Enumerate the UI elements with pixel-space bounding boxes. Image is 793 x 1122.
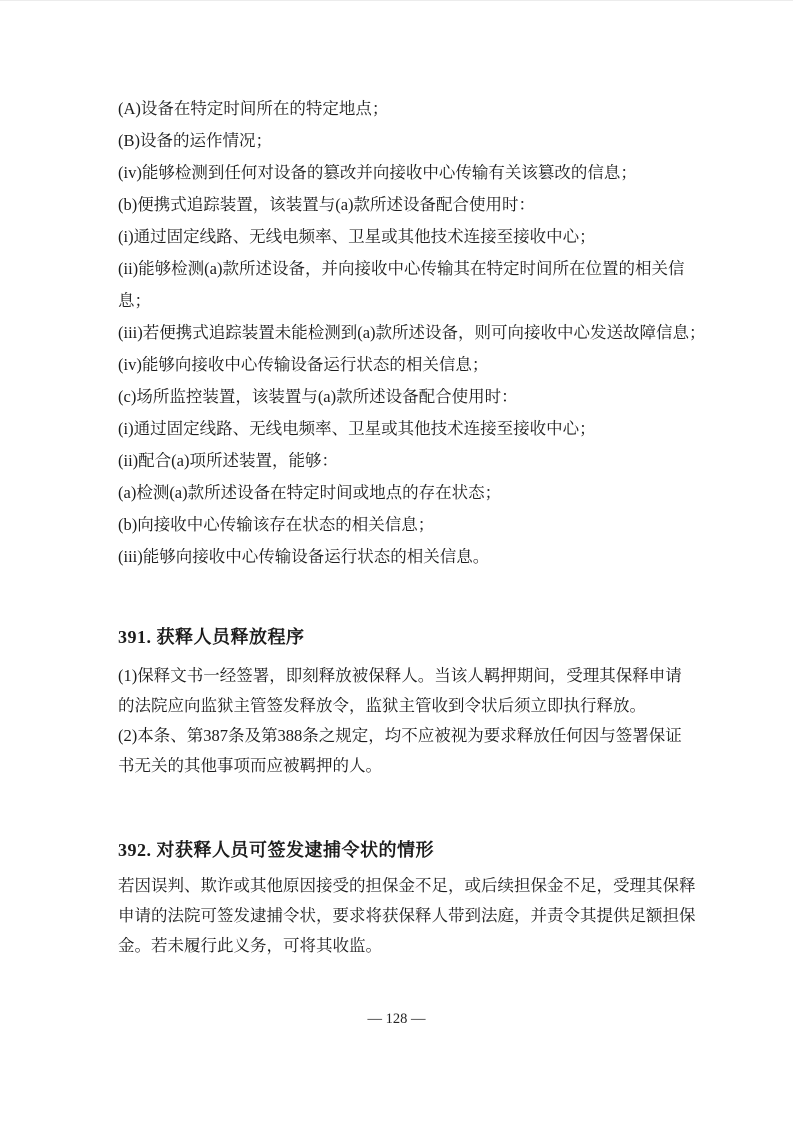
- section-392-body: 若因误判、欺诈或其他原因接受的担保金不足，或后续担保金不足，受理其保释申请的法院…: [118, 871, 678, 961]
- text-line: (2)本条、第387条及第388条之规定，均不应被视为要求释放任何因与签署保证: [118, 721, 678, 751]
- text-line: (i)通过固定线路、无线电频率、卫星或其他技术连接至接收中心；: [118, 221, 678, 253]
- text-line: (c)场所监控装置，该装置与(a)款所述设备配合使用时：: [118, 381, 678, 413]
- text-line: 书无关的其他事项而应被羁押的人。: [118, 751, 678, 781]
- clause-list: (A)设备在特定时间所在的特定地点；(B)设备的运作情况；(iv)能够检测到任何…: [118, 93, 678, 573]
- text-line: (ii)配合(a)项所述装置，能够：: [118, 445, 678, 477]
- section-392-heading: 392. 对获释人员可签发逮捕令状的情形: [118, 834, 678, 866]
- text-line: (iii)能够向接收中心传输设备运行状态的相关信息。: [118, 541, 678, 573]
- text-line: (b)向接收中心传输该存在状态的相关信息；: [118, 509, 678, 541]
- document-content: (A)设备在特定时间所在的特定地点；(B)设备的运作情况；(iv)能够检测到任何…: [118, 93, 678, 961]
- text-line: 的法院应向监狱主管签发释放令，监狱主管收到令状后须立即执行释放。: [118, 691, 678, 721]
- text-line: (i)通过固定线路、无线电频率、卫星或其他技术连接至接收中心；: [118, 413, 678, 445]
- text-line: (B)设备的运作情况；: [118, 125, 678, 157]
- text-line: (iv)能够向接收中心传输设备运行状态的相关信息；: [118, 349, 678, 381]
- text-line: 申请的法院可签发逮捕令状，要求将获保释人带到法庭，并责令其提供足额担保: [118, 901, 678, 931]
- section-391-body: (1)保释文书一经签署，即刻释放被保释人。当该人羁押期间，受理其保释申请的法院应…: [118, 661, 678, 781]
- text-line: 若因误判、欺诈或其他原因接受的担保金不足，或后续担保金不足，受理其保释: [118, 871, 678, 901]
- text-line: 金。若未履行此义务，可将其收监。: [118, 931, 678, 961]
- page-number: — 128 —: [368, 1011, 426, 1027]
- page-footer: — 128 —: [0, 1011, 793, 1028]
- text-line: (b)便携式追踪装置，该装置与(a)款所述设备配合使用时：: [118, 189, 678, 221]
- text-line: 息；: [118, 285, 678, 317]
- text-line: (iv)能够检测到任何对设备的篡改并向接收中心传输有关该篡改的信息；: [118, 157, 678, 189]
- section-391-heading: 391. 获释人员释放程序: [118, 621, 678, 653]
- text-line: (A)设备在特定时间所在的特定地点；: [118, 93, 678, 125]
- text-line: (1)保释文书一经签署，即刻释放被保释人。当该人羁押期间，受理其保释申请: [118, 661, 678, 691]
- text-line: (ii)能够检测(a)款所述设备，并向接收中心传输其在特定时间所在位置的相关信: [118, 253, 678, 285]
- text-line: (a)检测(a)款所述设备在特定时间或地点的存在状态；: [118, 477, 678, 509]
- document-page: (A)设备在特定时间所在的特定地点；(B)设备的运作情况；(iv)能够检测到任何…: [0, 0, 793, 1122]
- text-line: (iii)若便携式追踪装置未能检测到(a)款所述设备，则可向接收中心发送故障信息…: [118, 317, 678, 349]
